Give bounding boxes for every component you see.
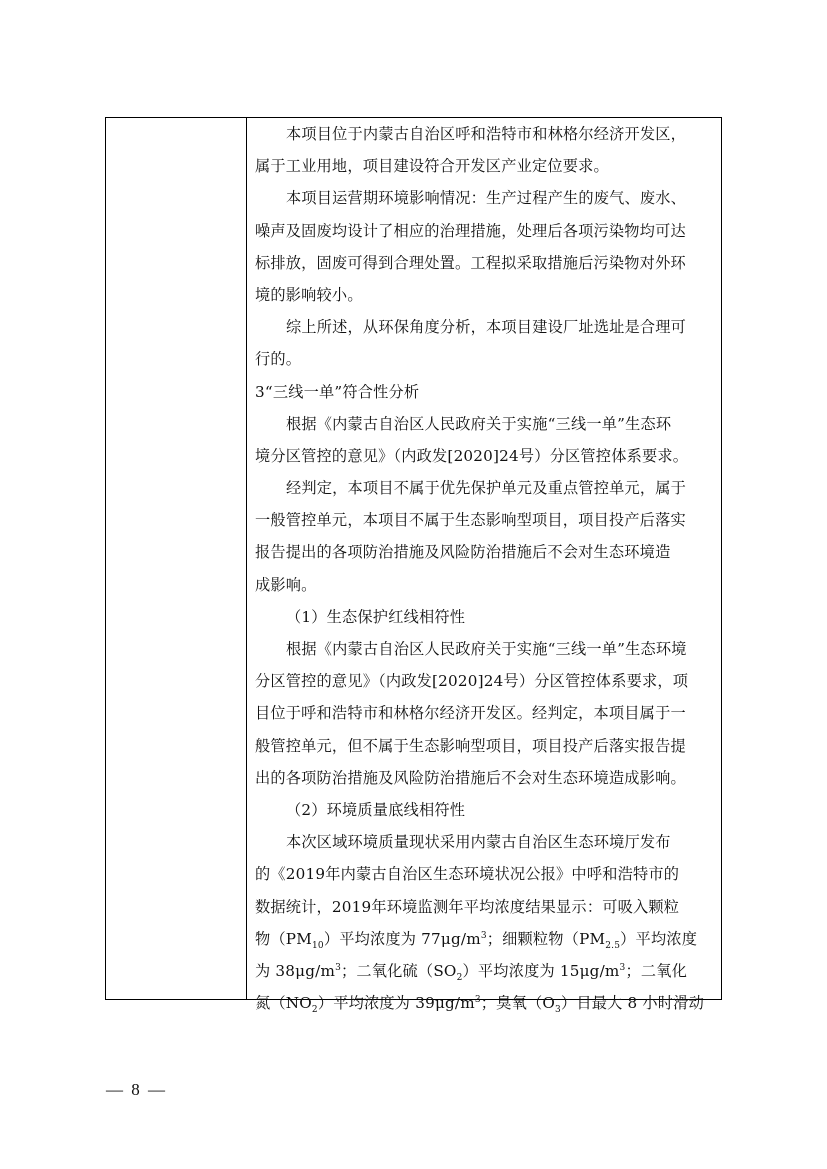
text-fragment: 10 (312, 941, 324, 951)
page-number: — 8 — (106, 1080, 167, 1100)
table-left-column (106, 118, 247, 999)
text-line: 经判定，本项目不属于优先保护单元及重点管控单元，属于 (255, 472, 717, 504)
text-line: 综上所述，从环保角度分析，本项目建设厂址选址是合理可 (255, 311, 717, 343)
text-line: 本次区域环境质量现状采用内蒙古自治区生态环境厅发布 (255, 826, 717, 858)
text-fragment: 为 38μg/m (255, 962, 335, 980)
text-fragment: 氮（NO (255, 994, 312, 1012)
text-fragment: 物（PM (255, 930, 312, 948)
table-content-cell: 本项目位于内蒙古自治区呼和浩特市和林格尔经济开发区，属于工业用地，项目建设符合开… (255, 118, 717, 1019)
text-fragment: ；二氧化硫（SO (341, 962, 457, 980)
text-line: 境分区管控的意见》（内政发[2020]24号）分区管控体系要求。 (255, 440, 717, 472)
text-line: 境的影响较小。 (255, 279, 717, 311)
text-fragment: 2.5 (605, 941, 620, 951)
text-fragment: ；细颗粒物（PM (487, 930, 606, 948)
text-fragment: ）平均浓度 (620, 930, 697, 948)
text-fragment: ）日最大 8 小时滑动 (561, 994, 704, 1012)
text-line: 3“三线一单”符合性分析 (255, 376, 717, 408)
text-line: 本项目位于内蒙古自治区呼和浩特市和林格尔经济开发区， (255, 118, 717, 150)
text-line: （2）环境质量底线相符性 (255, 794, 717, 826)
text-line: 本项目运营期环境影响情况：生产过程产生的废气、废水、 (255, 182, 717, 214)
text-line: 标排放，固废可得到合理处置。工程拟采取措施后污染物对外环 (255, 247, 717, 279)
content-table: 本项目位于内蒙古自治区呼和浩特市和林格尔经济开发区，属于工业用地，项目建设符合开… (105, 117, 722, 1000)
text-line: 出的各项防治措施及风险防治措施后不会对生态环境造成影响。 (255, 762, 717, 794)
text-line: 根据《内蒙古自治区人民政府关于实施“三线一单”生态环 (255, 408, 717, 440)
text-line-so2_line: 为 38μg/m3；二氧化硫（SO2）平均浓度为 15μg/m3；二氧化 (255, 955, 717, 987)
text-line: 目位于呼和浩特市和林格尔经济开发区。经判定，本项目属于一 (255, 697, 717, 729)
text-line: 分区管控的意见》（内政发[2020]24号）分区管控体系要求，项 (255, 665, 717, 697)
text-fragment: ；臭氧（O (481, 994, 555, 1012)
text-line: 报告提出的各项防治措施及风险防治措施后不会对生态环境造 (255, 536, 717, 568)
text-fragment: ；二氧化 (625, 962, 687, 980)
text-line-pm_line: 物（PM10）平均浓度为 77μg/m3；细颗粒物（PM2.5）平均浓度 (255, 923, 717, 955)
text-fragment: ）平均浓度为 77μg/m (324, 930, 481, 948)
text-line: 的《2019年内蒙古自治区生态环境状况公报》中呼和浩特市的 (255, 858, 717, 890)
text-line: 属于工业用地，项目建设符合开发区产业定位要求。 (255, 150, 717, 182)
text-line: 行的。 (255, 343, 717, 375)
text-fragment: ）平均浓度为 15μg/m (463, 962, 620, 980)
text-line: 根据《内蒙古自治区人民政府关于实施“三线一单”生态环境 (255, 633, 717, 665)
text-line-no2_line: 氮（NO2）平均浓度为 39μg/m3；臭氧（O3）日最大 8 小时滑动 (255, 987, 717, 1019)
text-fragment: ）平均浓度为 39μg/m (318, 994, 475, 1012)
text-line: 噪声及固废均设计了相应的治理措施，处理后各项污染物均可达 (255, 215, 717, 247)
text-line: 数据统计，2019年环境监测年平均浓度结果显示：可吸入颗粒 (255, 891, 717, 923)
text-line: 一般管控单元，本项目不属于生态影响型项目，项目投产后落实 (255, 504, 717, 536)
text-line: 般管控单元，但不属于生态影响型项目，项目投产后落实报告提 (255, 730, 717, 762)
text-line: （1）生态保护红线相符性 (255, 601, 717, 633)
text-line: 成影响。 (255, 569, 717, 601)
